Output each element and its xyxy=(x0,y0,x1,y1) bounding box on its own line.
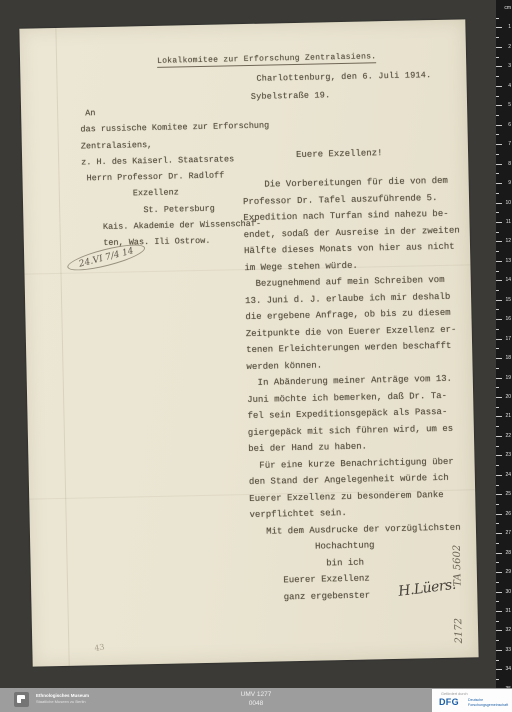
ruler-tick-major xyxy=(496,669,502,670)
ruler-tick-major xyxy=(496,125,502,126)
ruler-cm-label: 13 xyxy=(505,258,511,264)
ruler-tick-minor xyxy=(496,115,499,116)
ruler-tick-major xyxy=(496,319,502,320)
ruler-tick-minor xyxy=(496,582,499,583)
ruler-tick-major xyxy=(496,66,502,67)
ruler-tick-minor xyxy=(496,173,499,174)
ruler-tick-major xyxy=(496,630,502,631)
margin-note-upper: TA 5602 xyxy=(451,528,465,603)
ruler-tick-minor xyxy=(496,368,499,369)
ruler-cm-label: 14 xyxy=(505,277,511,283)
ruler-tick-major xyxy=(496,261,502,262)
ruler-tick-major xyxy=(496,514,502,515)
letterhead-street: Sybelstraße 19. xyxy=(251,90,331,102)
ruler-tick-major xyxy=(496,203,502,204)
ruler-cm-label: 12 xyxy=(505,238,511,244)
ruler-tick-minor xyxy=(496,679,499,680)
ruler-tick-minor xyxy=(496,660,499,661)
ruler-tick-major xyxy=(496,592,502,593)
ruler-cm-label: 7 xyxy=(508,141,511,147)
ruler-cm-label: 8 xyxy=(508,161,511,167)
ruler-tick-major xyxy=(496,455,502,456)
ruler-cm-label: 21 xyxy=(505,413,511,419)
ruler-tick-major xyxy=(496,611,502,612)
ruler-tick-major xyxy=(496,572,502,573)
ruler-unit-label: cm xyxy=(504,5,511,11)
ruler-tick-major xyxy=(496,27,502,28)
ruler-cm-label: 1 xyxy=(508,24,511,30)
ruler-tick-minor xyxy=(496,309,499,310)
funding-label: Gefördert durch xyxy=(441,692,468,696)
ruler-tick-major xyxy=(496,533,502,534)
ruler-tick-major xyxy=(496,86,502,87)
ruler-tick-major xyxy=(496,300,502,301)
ruler-tick-minor xyxy=(496,193,499,194)
ruler-cm-label: 18 xyxy=(505,355,511,361)
ruler-tick-minor xyxy=(496,523,499,524)
fold-crease-vertical xyxy=(55,28,69,666)
ruler-cm-label: 31 xyxy=(505,608,511,614)
ruler-cm-label: 10 xyxy=(505,200,511,206)
ruler-cm-label: 22 xyxy=(505,433,511,439)
ruler-tick-minor xyxy=(496,37,499,38)
ruler-tick-minor xyxy=(496,465,499,466)
ruler-tick-minor xyxy=(496,446,499,447)
ruler-tick-major xyxy=(496,416,502,417)
document-page: Lokalkomitee zur Erforschung Zentralasie… xyxy=(19,19,478,666)
ruler-cm-label: 2 xyxy=(508,44,511,50)
ruler-cm-label: 11 xyxy=(506,219,511,225)
ruler-tick-minor xyxy=(496,426,499,427)
dfg-abbreviation: DFG xyxy=(439,697,459,707)
margin-note-lower: 2172 xyxy=(453,603,466,658)
ruler-cm-label: 34 xyxy=(505,666,511,672)
ruler-tick-minor xyxy=(496,251,499,252)
ruler-tick-minor xyxy=(496,407,499,408)
ruler-tick-minor xyxy=(496,76,499,77)
ruler-tick-major xyxy=(496,222,502,223)
ruler-cm-label: 20 xyxy=(505,394,511,400)
ruler-tick-minor xyxy=(496,485,499,486)
dfg-logo: Gefördert durch DFG Deutsche Forschungsg… xyxy=(432,689,512,712)
ruler-tick-minor xyxy=(496,232,499,233)
pencil-number: 43 xyxy=(94,642,105,653)
ruler-tick-major xyxy=(496,494,502,495)
ruler-tick-minor xyxy=(496,621,499,622)
ruler-tick-minor xyxy=(496,543,499,544)
ruler-cm-label: 6 xyxy=(508,122,511,128)
ruler-tick-minor xyxy=(496,18,499,19)
ruler-tick-minor xyxy=(496,504,499,505)
letterhead-committee: Lokalkomitee zur Erforschung Zentralasie… xyxy=(157,52,377,68)
ruler: cm12345678910111213141516171819202122232… xyxy=(496,0,512,689)
ruler-tick-minor xyxy=(496,57,499,58)
ruler-tick-minor xyxy=(496,134,499,135)
letter-body: Die Vorbereitungen für die von demProfes… xyxy=(243,173,468,606)
ruler-tick-major xyxy=(496,183,502,184)
ruler-tick-minor xyxy=(496,640,499,641)
ruler-cm-label: 5 xyxy=(508,102,511,108)
ruler-tick-minor xyxy=(496,348,499,349)
ruler-cm-label: 25 xyxy=(505,491,511,497)
ruler-cm-label: 17 xyxy=(505,336,511,342)
ruler-tick-major xyxy=(496,553,502,554)
ruler-cm-label: 32 xyxy=(505,627,511,633)
ruler-tick-minor xyxy=(496,290,499,291)
ruler-tick-minor xyxy=(496,271,499,272)
ruler-tick-minor xyxy=(496,562,499,563)
ruler-cm-label: 9 xyxy=(508,180,511,186)
ruler-cm-label: 29 xyxy=(505,569,511,575)
salutation: Euere Exzellenz! xyxy=(296,148,383,160)
ruler-cm-label: 24 xyxy=(505,472,511,478)
ruler-cm-label: 16 xyxy=(505,316,511,322)
ruler-cm-label: 15 xyxy=(505,297,511,303)
ruler-cm-label: 28 xyxy=(505,550,511,556)
ruler-tick-minor xyxy=(496,212,499,213)
ruler-tick-major xyxy=(496,47,502,48)
ruler-cm-label: 4 xyxy=(508,83,511,89)
ruler-cm-label: 19 xyxy=(505,375,511,381)
ruler-tick-major xyxy=(496,339,502,340)
scan-stage: Lokalkomitee zur Erforschung Zentralasie… xyxy=(0,0,512,712)
ruler-cm-label: 27 xyxy=(505,530,511,536)
dfg-full-name: Deutsche Forschungsgemeinschaft xyxy=(468,698,508,707)
ruler-tick-major xyxy=(496,397,502,398)
ruler-tick-major xyxy=(496,436,502,437)
ruler-tick-major xyxy=(496,475,502,476)
letterhead-place-date: Charlottenburg, den 6. Juli 1914. xyxy=(256,70,431,84)
ruler-tick-minor xyxy=(496,387,499,388)
ruler-tick-major xyxy=(496,144,502,145)
ruler-tick-minor xyxy=(496,154,499,155)
ruler-tick-major xyxy=(496,280,502,281)
footer-bar: Ethnologisches Museum Staatliche Museen … xyxy=(0,688,512,712)
ruler-tick-major xyxy=(496,650,502,651)
ruler-cm-label: 23 xyxy=(505,452,511,458)
ruler-tick-minor xyxy=(496,601,499,602)
ruler-tick-major xyxy=(496,241,502,242)
ruler-cm-label: 26 xyxy=(505,511,511,517)
ruler-tick-major xyxy=(496,378,502,379)
ruler-cm-label: 3 xyxy=(508,63,511,69)
ruler-cm-label: 33 xyxy=(505,647,511,653)
ruler-cm-label: 30 xyxy=(505,589,511,595)
ruler-tick-minor xyxy=(496,96,499,97)
ruler-tick-major xyxy=(496,105,502,106)
ruler-tick-major xyxy=(496,164,502,165)
ruler-tick-minor xyxy=(496,329,499,330)
ruler-tick-major xyxy=(496,358,502,359)
